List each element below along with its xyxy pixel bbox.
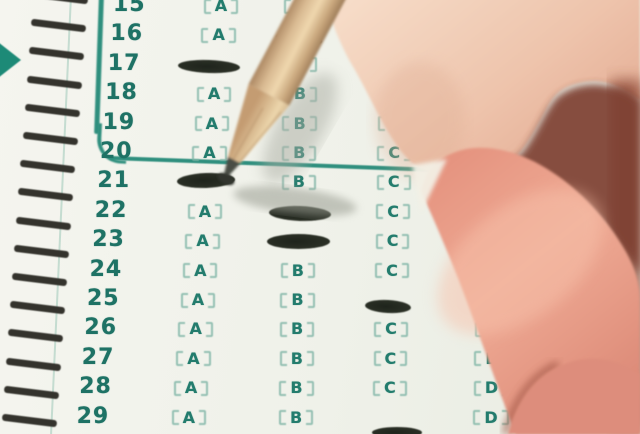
pencil-and-hand-overlay <box>0 0 640 434</box>
pencil-tip-shadow <box>232 181 358 222</box>
scantron-photo: 15ABCD16ACD17BCD18ABCD19ABCD20ABCD21BCD2… <box>0 0 640 434</box>
